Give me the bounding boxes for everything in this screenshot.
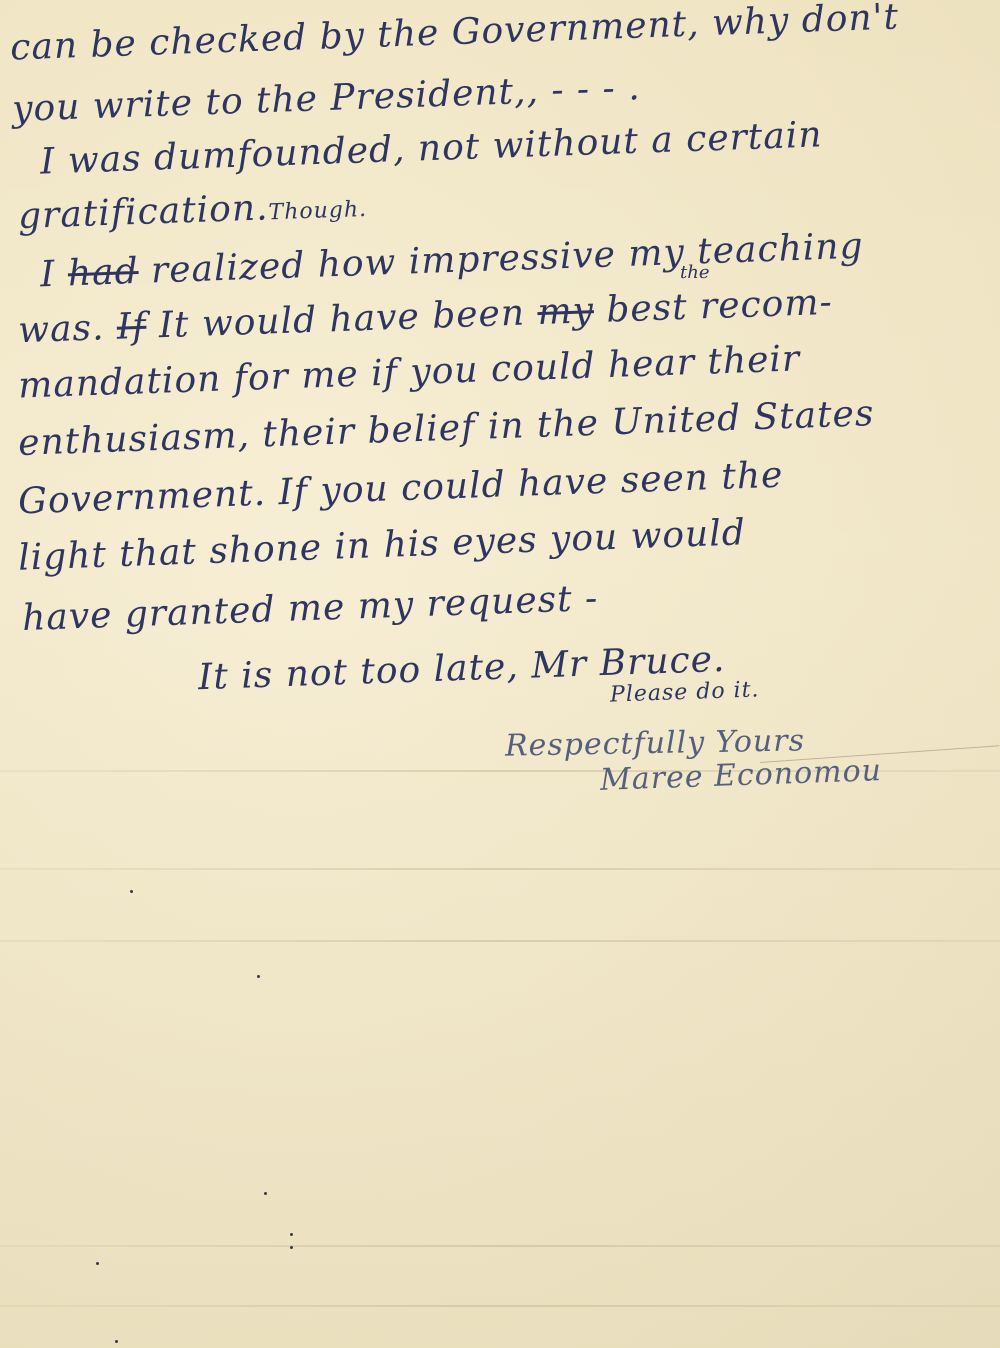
best-recom-text: best recom- bbox=[606, 282, 834, 331]
fold-line bbox=[0, 868, 1000, 870]
ink-speck bbox=[115, 1340, 118, 1343]
ink-speck bbox=[96, 1262, 99, 1265]
correction-i: I bbox=[40, 254, 57, 296]
was-text: was. bbox=[18, 307, 106, 351]
gratification-text: gratification. bbox=[17, 187, 269, 237]
inserted-the: the bbox=[680, 262, 709, 283]
ink-speck bbox=[257, 975, 260, 978]
deleted-had: had bbox=[67, 251, 139, 294]
fold-line bbox=[0, 940, 1000, 942]
fold-line bbox=[0, 1305, 1000, 1307]
fold-line bbox=[0, 1245, 1000, 1247]
deleted-if: If bbox=[116, 306, 147, 348]
please-do-it: Please do it. bbox=[610, 677, 760, 707]
ink-speck bbox=[130, 890, 133, 893]
ink-speck bbox=[264, 1192, 267, 1195]
deleted-my: my bbox=[537, 290, 595, 333]
ink-speck bbox=[290, 1233, 293, 1236]
inserted-though: Though. bbox=[268, 197, 367, 225]
ink-speck bbox=[290, 1246, 293, 1249]
